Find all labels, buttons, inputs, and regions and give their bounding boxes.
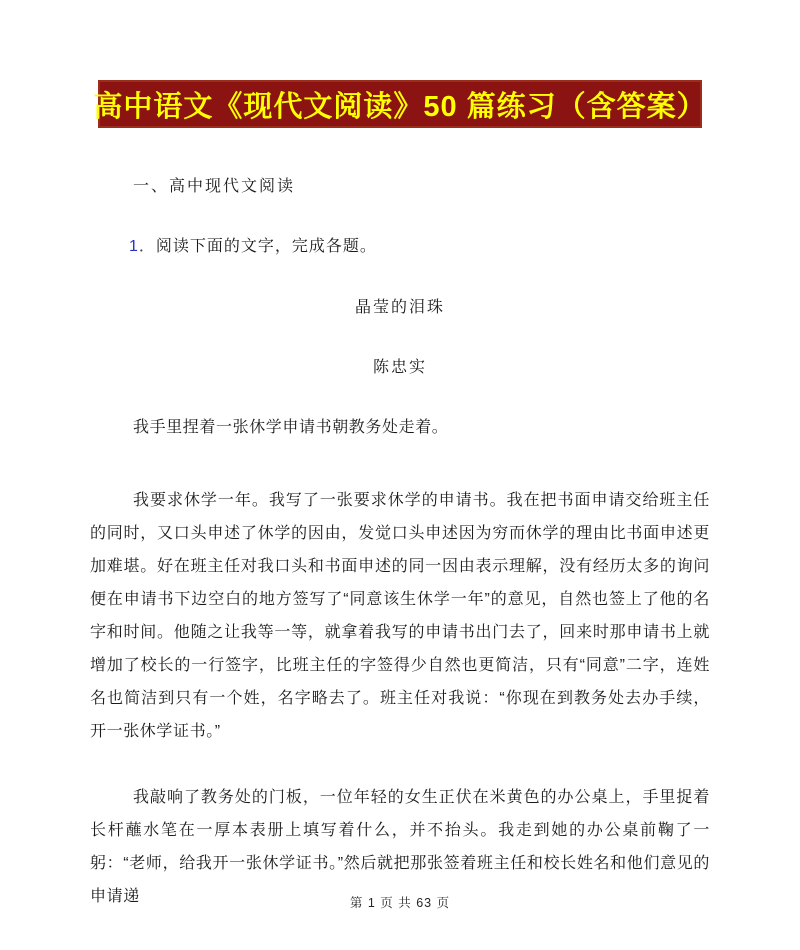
- question-text: 阅读下面的文字，完成各题。: [156, 238, 377, 255]
- article-paragraph-2: 我要求休学一年。我写了一张要求休学的申请书。我在把书面申请交给班主任的同时，又口…: [90, 484, 710, 748]
- page-number-footer: 第 1 页 共 63 页: [0, 893, 800, 911]
- title-banner: 高中语文《现代文阅读》50 篇练习（含答案）: [98, 80, 702, 128]
- document-title: 高中语文《现代文阅读》50 篇练习（含答案）: [93, 84, 706, 125]
- article-author: 陈忠实: [0, 359, 800, 376]
- question-number: 1: [129, 238, 139, 255]
- article-title: 晶莹的泪珠: [0, 299, 800, 316]
- question-number-separator: ．: [139, 238, 156, 255]
- section-heading: 一、高中现代文阅读: [90, 178, 710, 195]
- question-line: 1．阅读下面的文字，完成各题。: [90, 238, 710, 255]
- document-page: 高中语文《现代文阅读》50 篇练习（含答案） 一、高中现代文阅读 1．阅读下面的…: [0, 0, 800, 950]
- article-paragraph-1: 我手里捏着一张休学申请书朝教务处走着。: [90, 411, 710, 444]
